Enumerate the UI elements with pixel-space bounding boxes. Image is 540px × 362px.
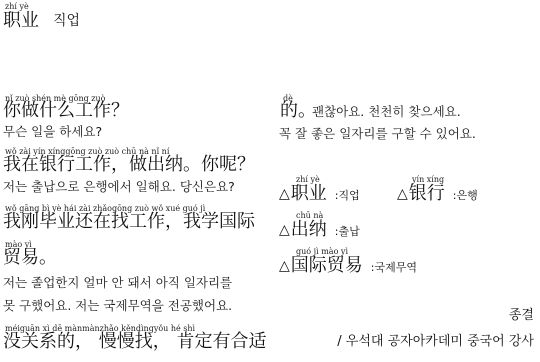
triangle-icon: △ <box>279 256 290 276</box>
line4-korean: 꼭 잘 좋은 일자리를 구할 수 있어요. <box>279 126 476 142</box>
author-name: 종결 <box>509 308 534 324</box>
triangle-icon: △ <box>279 220 290 240</box>
line1-korean: 무슨 일을 하세요? <box>3 124 102 140</box>
line3-chinese-cont: 贸易。 <box>3 248 57 268</box>
vocab-chinese: 国际贸易 <box>291 256 363 276</box>
vocab-item-yinhang: yín xíng △ 银行 :은행 <box>397 175 478 204</box>
line2-chinese: 我在银行工作，做出纳。你呢？ <box>3 155 255 175</box>
line3-korean: 저는 졸업한지 얼마 안 돼서 아직 일자리를 <box>3 275 232 291</box>
line3-chinese: 我刚毕业还在找工作，我学国际 <box>3 212 255 232</box>
vocab-item-zhiye: zhí yè △ 职业 :직업 <box>279 175 360 204</box>
vocab-item-chuna: chū nà △ 出纳 :출납 <box>279 211 360 240</box>
line1-chinese: 你做什么工作？ <box>3 101 129 121</box>
triangle-icon: △ <box>397 184 408 204</box>
line4-chinese: 没关系的， 慢慢找， 肯定有合适 <box>3 332 266 352</box>
vocab-item-guojimaoyi: guó jì mào yì △ 国际贸易 :국제무역 <box>279 247 417 276</box>
vocab-chinese: 职业 <box>291 184 327 204</box>
vocab-chinese: 出纳 <box>291 220 327 240</box>
title-korean: 직업 <box>53 13 80 29</box>
line4-korean-inline: 괜찮아요. 천천히 찾으세요. <box>312 104 461 120</box>
line3-korean-cont: 못 구했어요. 저는 국제무역을 전공했어요. <box>3 298 232 314</box>
line2-korean: 저는 출납으로 은행에서 일해요. 당신은요? <box>3 179 235 195</box>
author-affiliation: / 우석대 공자아카데미 중국어 강사 <box>337 334 534 350</box>
vocab-korean: :출납 <box>335 224 360 240</box>
vocab-korean: :은행 <box>453 188 478 204</box>
vocab-korean: :국제무역 <box>371 260 417 276</box>
triangle-icon: △ <box>279 184 290 204</box>
title-chinese: 职业 <box>3 11 39 31</box>
line4-chinese-cont: 的。 <box>280 101 316 121</box>
vocab-chinese: 银行 <box>409 184 445 204</box>
vocab-korean: :직업 <box>335 188 360 204</box>
